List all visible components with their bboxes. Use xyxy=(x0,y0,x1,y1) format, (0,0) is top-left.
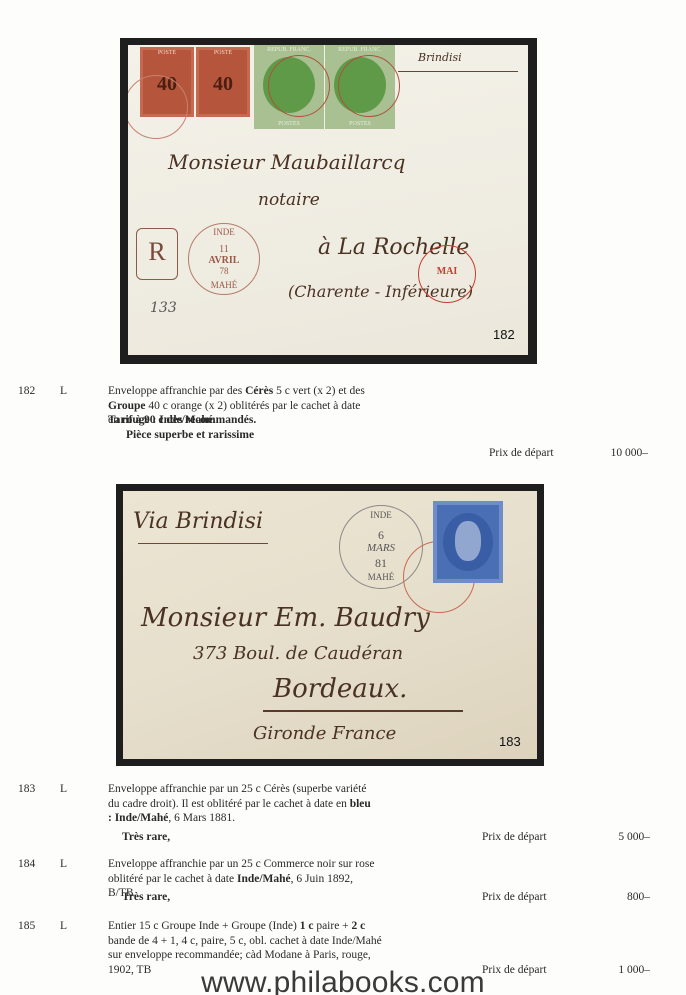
address-line-3: Bordeaux. xyxy=(273,674,407,704)
stamp-header: POSTE xyxy=(196,50,250,56)
stamp-cancel-mark xyxy=(338,55,400,117)
lot-type: L xyxy=(60,857,67,872)
price-label: Prix de départ xyxy=(482,830,547,845)
lot-note: Pièce superbe et rarissime xyxy=(126,428,254,443)
lot-182-envelope-image: POSTE 40 POSTE 40 REPUB. FRANC. POSTES R… xyxy=(128,45,528,355)
price-value: 10 000– xyxy=(611,446,648,461)
lot-note: Très rare, xyxy=(122,890,170,905)
price-value: 800– xyxy=(627,890,650,905)
stamp-header: REPUB. FRANC. xyxy=(254,47,324,53)
registered-letter: R xyxy=(136,237,178,267)
lot-number: 183 xyxy=(18,782,35,797)
stamp-25c-blue xyxy=(433,501,503,583)
lot-type: L xyxy=(60,782,67,797)
lot-number: 185 xyxy=(18,919,35,934)
image-lot-number: 183 xyxy=(499,734,521,749)
underline xyxy=(398,71,518,72)
lot-184: 184 L Enveloppe affranchie par un 25 c C… xyxy=(0,857,686,907)
lot-183-envelope-image: Via Brindisi INDE 6 MARS 81 MAHÉ Monsieu… xyxy=(123,491,537,759)
price-label: Prix de départ xyxy=(489,446,554,461)
image-lot-number: 182 xyxy=(493,327,515,342)
lot-183: 183 L Enveloppe affranchie par un 25 c C… xyxy=(0,782,686,842)
price-value: 5 000– xyxy=(618,830,650,845)
stamp-cancel-mark xyxy=(128,75,188,139)
lot-note: Tarif à 90 c des recommandés. xyxy=(108,413,256,428)
address-line-1: Monsieur Maubaillarcq xyxy=(168,150,405,174)
pencil-note: 133 xyxy=(150,300,177,316)
lot-type: L xyxy=(60,919,67,934)
lot-note: Très rare, xyxy=(122,830,170,845)
price-label: Prix de départ xyxy=(482,890,547,905)
lot-number: 182 xyxy=(18,384,35,399)
lot-number: 184 xyxy=(18,857,35,872)
stamp-40c-red-2: POSTE 40 xyxy=(196,47,250,117)
watermark: www.philabooks.com xyxy=(0,966,686,995)
inde-mahe-postmark: INDE 11 AVRIL 78 MAHÉ xyxy=(188,223,260,295)
stamp-header: REPUB. FRANC. xyxy=(325,47,395,53)
stamp-header: POSTE xyxy=(140,50,194,56)
stamp-cancel-mark xyxy=(268,55,330,117)
via-note: Via Brindisi xyxy=(133,509,263,534)
address-line-2: 373 Boul. de Caudéran xyxy=(193,643,403,664)
stamp-value: 40 xyxy=(196,73,250,96)
lot-description: Enveloppe affranchie par un 25 c Cérès (… xyxy=(108,782,373,826)
top-right-note: Brindisi xyxy=(418,51,462,64)
stamp-footer: POSTES xyxy=(325,121,395,127)
lot-type: L xyxy=(60,384,67,399)
underline xyxy=(263,710,463,712)
red-arrival-postmark: MAI xyxy=(418,245,476,303)
address-line-1: Monsieur Em. Baudry xyxy=(141,603,430,633)
stamp-footer: POSTES xyxy=(254,121,324,127)
lot-182: 182 L Enveloppe affranchie par des Cérès… xyxy=(0,384,686,474)
address-line-2: notaire xyxy=(258,190,320,210)
address-line-4: Gironde France xyxy=(253,723,396,744)
underline xyxy=(138,543,268,544)
